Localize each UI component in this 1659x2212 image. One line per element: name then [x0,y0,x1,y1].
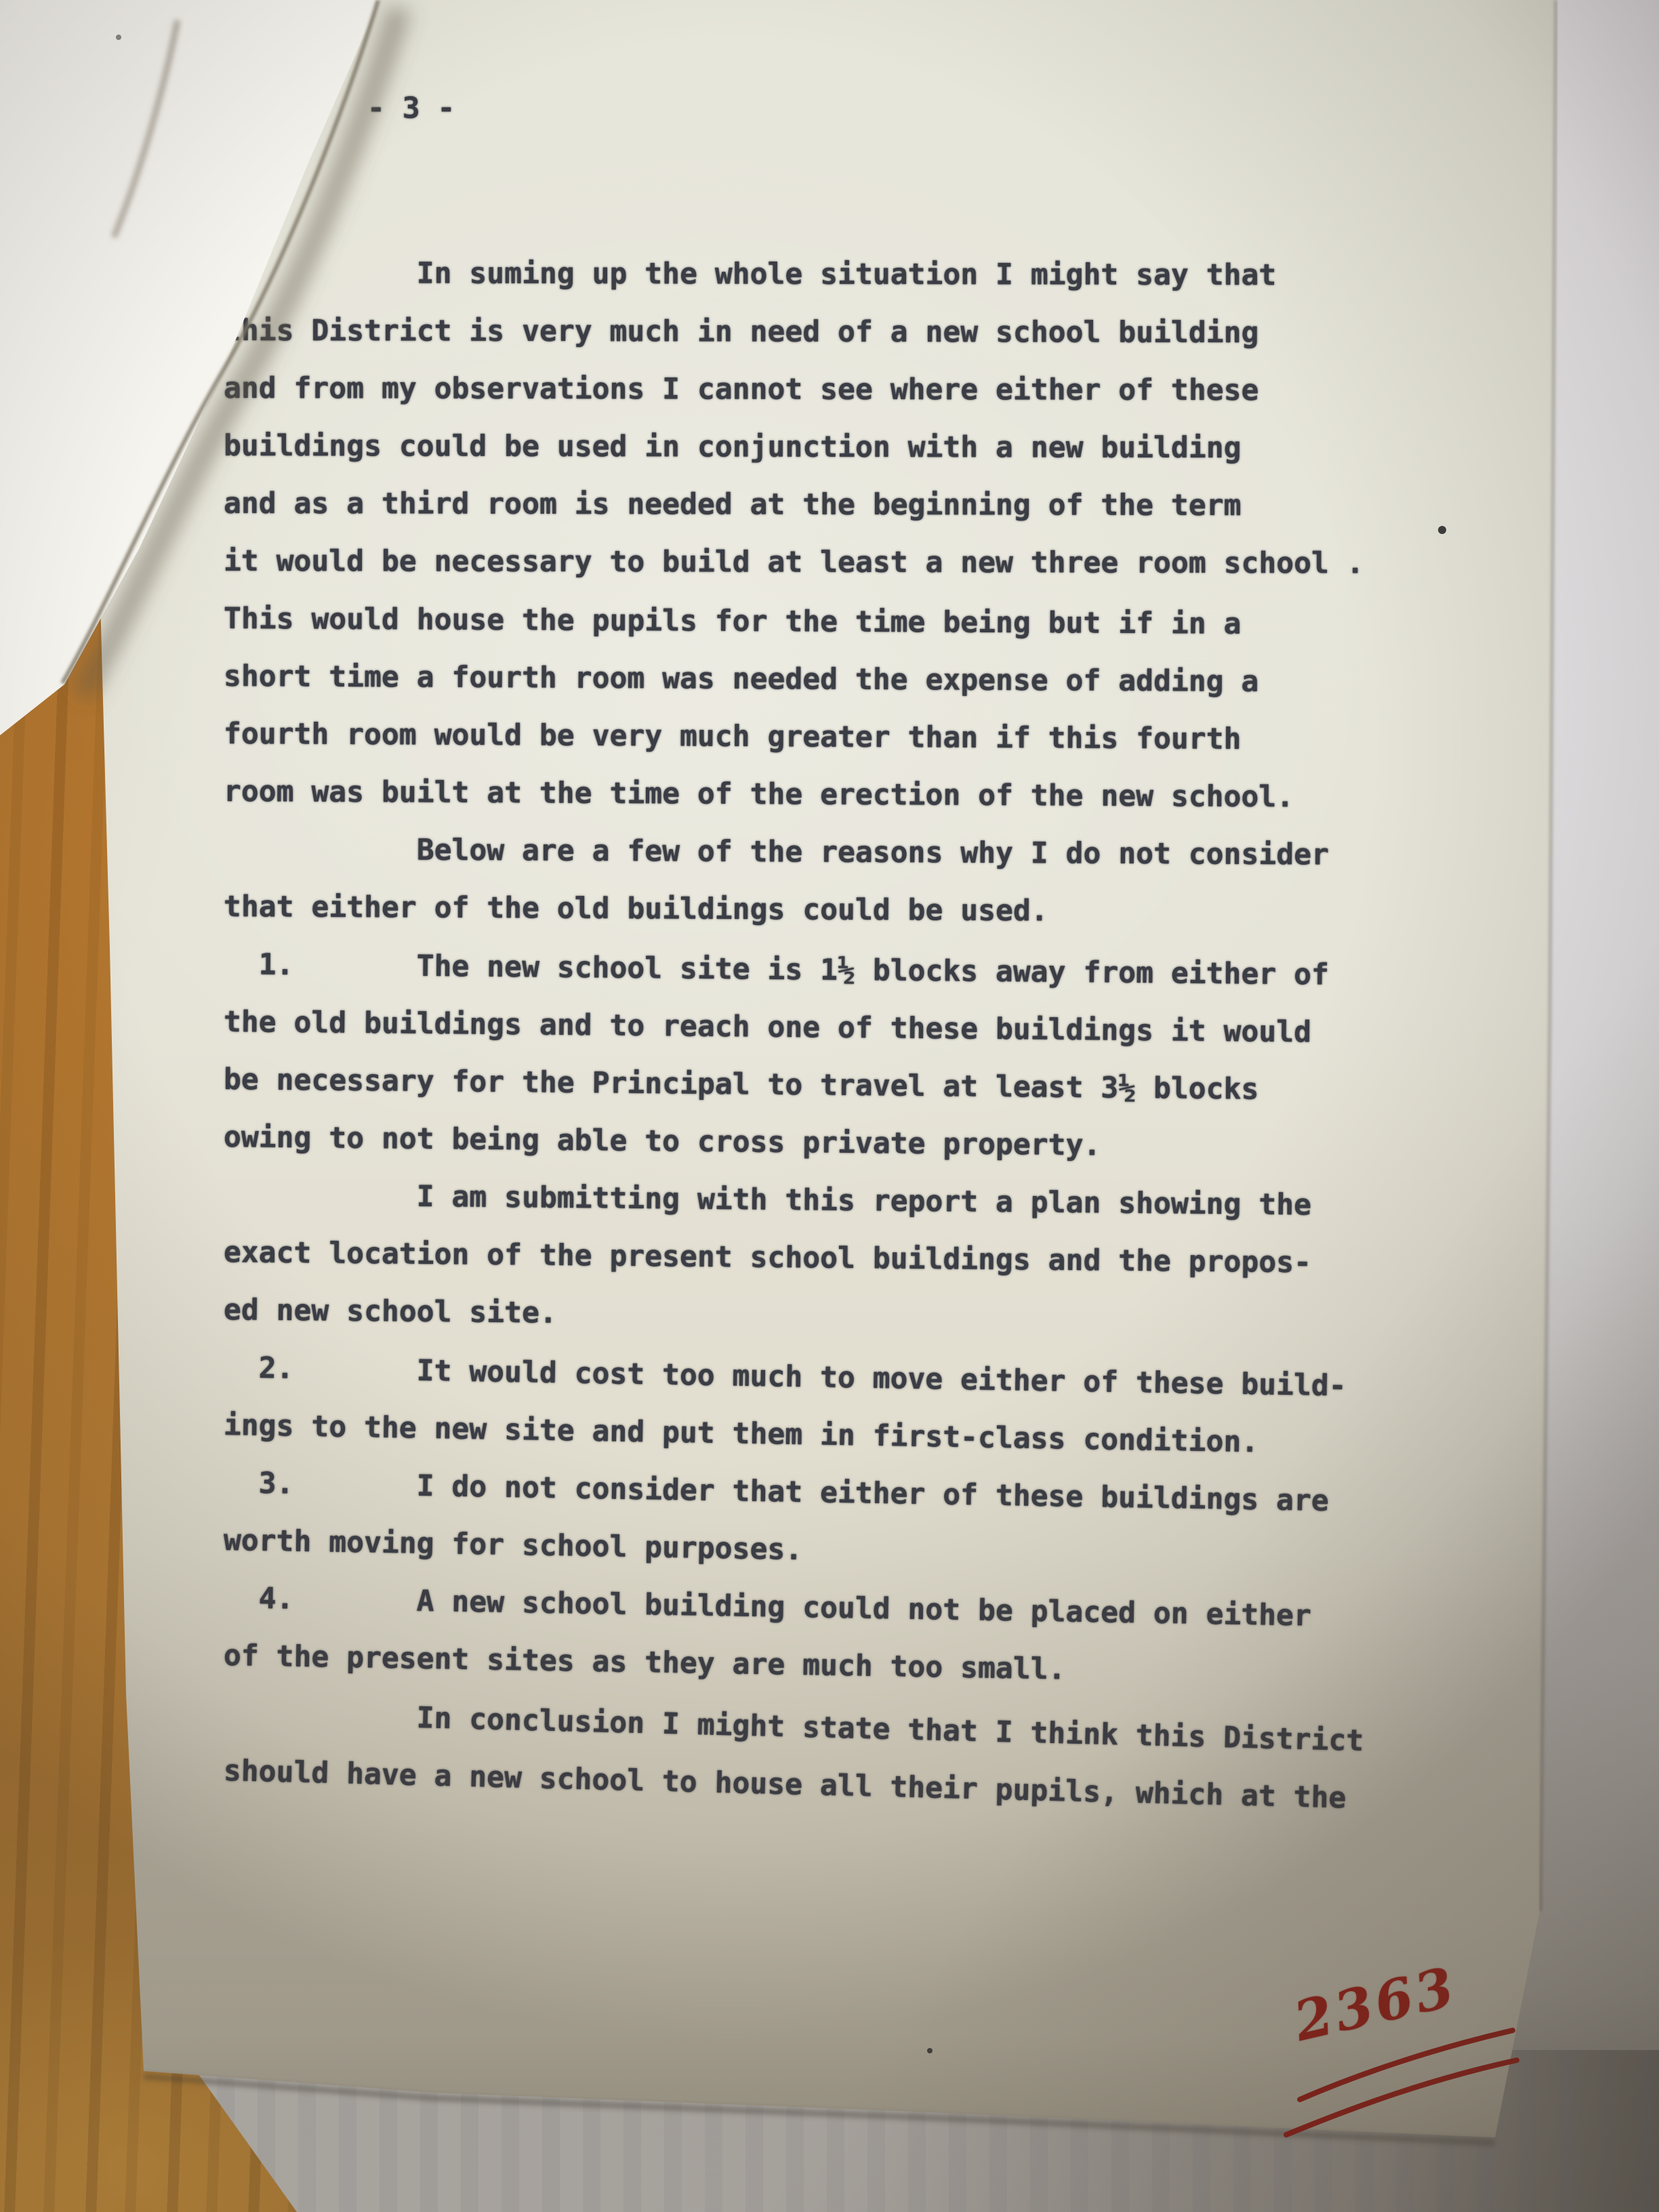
typed-line: buildings could be used in conjunction w… [224,417,1659,478]
typed-line: should have a new school to house all th… [223,1742,1659,1835]
typed-line: fourth room would be very much greater t… [224,705,1659,771]
page-number: - 3 - [224,80,1659,138]
typed-line: worth moving for school purposes. [223,1512,1659,1593]
typed-line: ed new school site. [224,1282,1659,1353]
typed-line: owing to not being able to cross private… [224,1109,1659,1180]
typed-line: This would house the pupils for the time… [224,590,1659,655]
typed-line: this District is very much in need of a … [224,302,1659,363]
typed-line: it would be necessary to build at least … [224,533,1659,593]
typed-line: exact location of the present school bui… [224,1224,1659,1295]
archive-stamp-number: 2363 [1288,1954,1463,2053]
typed-line: be necessary for the Principal to travel… [224,1051,1659,1122]
typed-line: the old buildings and to reach one of th… [224,994,1659,1065]
typed-line: 1. The new school site is 1½ blocks away… [224,936,1659,1007]
typed-line: 4. A new school building could not be pl… [223,1570,1659,1651]
photograph-of-typed-report-page: { "page": { "header": "- 3 -", "lines": … [0,0,1659,2212]
typed-line: of the present sites as they are much to… [223,1627,1659,1708]
typed-line: In suming up the whole situation I might… [224,245,1659,305]
typed-text-block: - 3 - In suming up the whole situation I… [0,80,1659,1800]
typed-line: and as a third room is needed at the beg… [224,475,1659,535]
typed-line: short time a fourth room was needed the … [224,648,1659,713]
typed-line: In conclusion I might state that I think… [223,1685,1659,1778]
typed-line: Below are a few of the reasons why I do … [224,821,1659,886]
typed-line: that either of the old buildings could b… [224,878,1659,943]
typed-line: I am submitting with this report a plan … [224,1166,1659,1237]
typed-line: 3. I do not consider that either of thes… [223,1454,1659,1536]
typed-line: 2. It would cost too much to move either… [223,1339,1659,1420]
typed-report-page: - 3 - In suming up the whole situation I… [0,0,1659,2212]
typed-line: room was built at the time of the erecti… [224,763,1659,828]
typed-line: ings to the new site and put them in fir… [223,1397,1659,1478]
typed-line: and from my observations I cannot see wh… [224,360,1659,420]
